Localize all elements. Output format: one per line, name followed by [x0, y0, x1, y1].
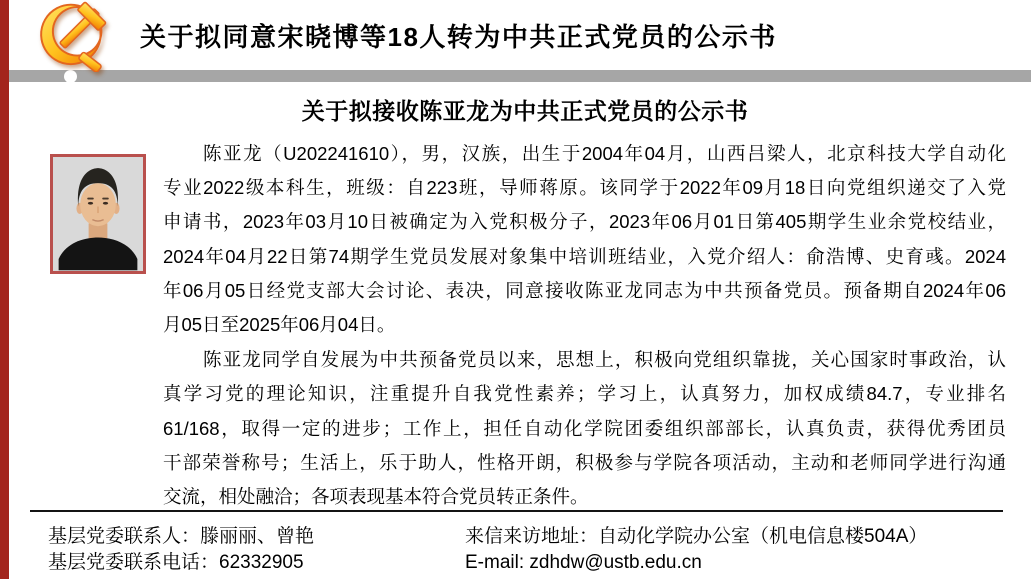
paragraph-2: 陈亚龙同学自发展为中共预备党员以来，思想上，积极向党组织靠拢，关心国家时事政治，…	[163, 343, 1006, 514]
banner-title: 关于拟同意宋晓博等18人转为中共正式党员的公示书	[140, 18, 777, 56]
body-line: 专业2022级本科生，班级：自223班，导师蒋原。该同学于2022年09月18日…	[163, 171, 1006, 205]
member-portrait-icon	[53, 157, 143, 271]
body-line: 61/168，取得一定的进步；工作上，担任自动化学院团委组织部部长，认真负责，获…	[163, 412, 1006, 446]
email-address: E-mail: zdhdw@ustb.edu.cn	[465, 550, 927, 576]
visit-address: 来信来访地址：自动化学院办公室（机电信息楼504A）	[465, 524, 927, 550]
body-line: 陈亚龙（U202241610），男，汉族，出生于2004年04月，山西吕梁人，北…	[163, 137, 1006, 171]
member-portrait-photo	[50, 154, 146, 274]
notice-title: 关于拟接收陈亚龙为中共正式党员的公示书	[45, 93, 1005, 126]
body-line: 陈亚龙同学自发展为中共预备党员以来，思想上，积极向党组织靠拢，关心国家时事政治，…	[163, 343, 1006, 377]
committee-contact-phone: 基层党委联系电话：62332905	[48, 550, 314, 576]
party-emblem-icon	[30, 0, 118, 72]
left-accent-bar	[0, 0, 9, 579]
body-line: 交流，相处融洽；各项表现基本符合党员转正条件。	[163, 480, 1006, 514]
footer-left-column: 基层党委联系人：滕丽丽、曾艳 基层党委联系电话：62332905	[48, 524, 314, 576]
body-line: 年06月05日经党支部大会讨论、表决，同意接收陈亚龙同志为中共预备党员。预备期自…	[163, 274, 1006, 308]
body-line: 月05日至2025年06月04日。	[163, 308, 1006, 342]
header-divider-bar	[0, 70, 1031, 82]
body-line: 真学习党的理论知识，注重提升自我党性素养；学习上，认真努力，加权成绩84.7，专…	[163, 377, 1006, 411]
body-line: 干部荣誉称号；生活上，乐于助人，性格开朗，积极参与学院各项活动，主动和老师同学进…	[163, 446, 1006, 480]
body-line: 2024年04月22日第74期学生党员发展对象集中培训班结业，入党介绍人：俞浩博…	[163, 240, 1006, 274]
footer-right-column: 来信来访地址：自动化学院办公室（机电信息楼504A） E-mail: zdhdw…	[465, 524, 927, 576]
notice-body-text: 陈亚龙（U202241610），男，汉族，出生于2004年04月，山西吕梁人，北…	[163, 137, 1006, 514]
paragraph-1: 陈亚龙（U202241610），男，汉族，出生于2004年04月，山西吕梁人，北…	[163, 137, 1006, 342]
committee-contact-person: 基层党委联系人：滕丽丽、曾艳	[48, 524, 314, 550]
notice-page: 关于拟同意宋晓博等18人转为中共正式党员的公示书 关于拟接收陈亚龙为中共正式党员…	[0, 0, 1031, 579]
body-line: 申请书，2023年03月10日被确定为入党积极分子，2023年06月01日第40…	[163, 205, 1006, 239]
footer-divider	[30, 510, 1003, 512]
